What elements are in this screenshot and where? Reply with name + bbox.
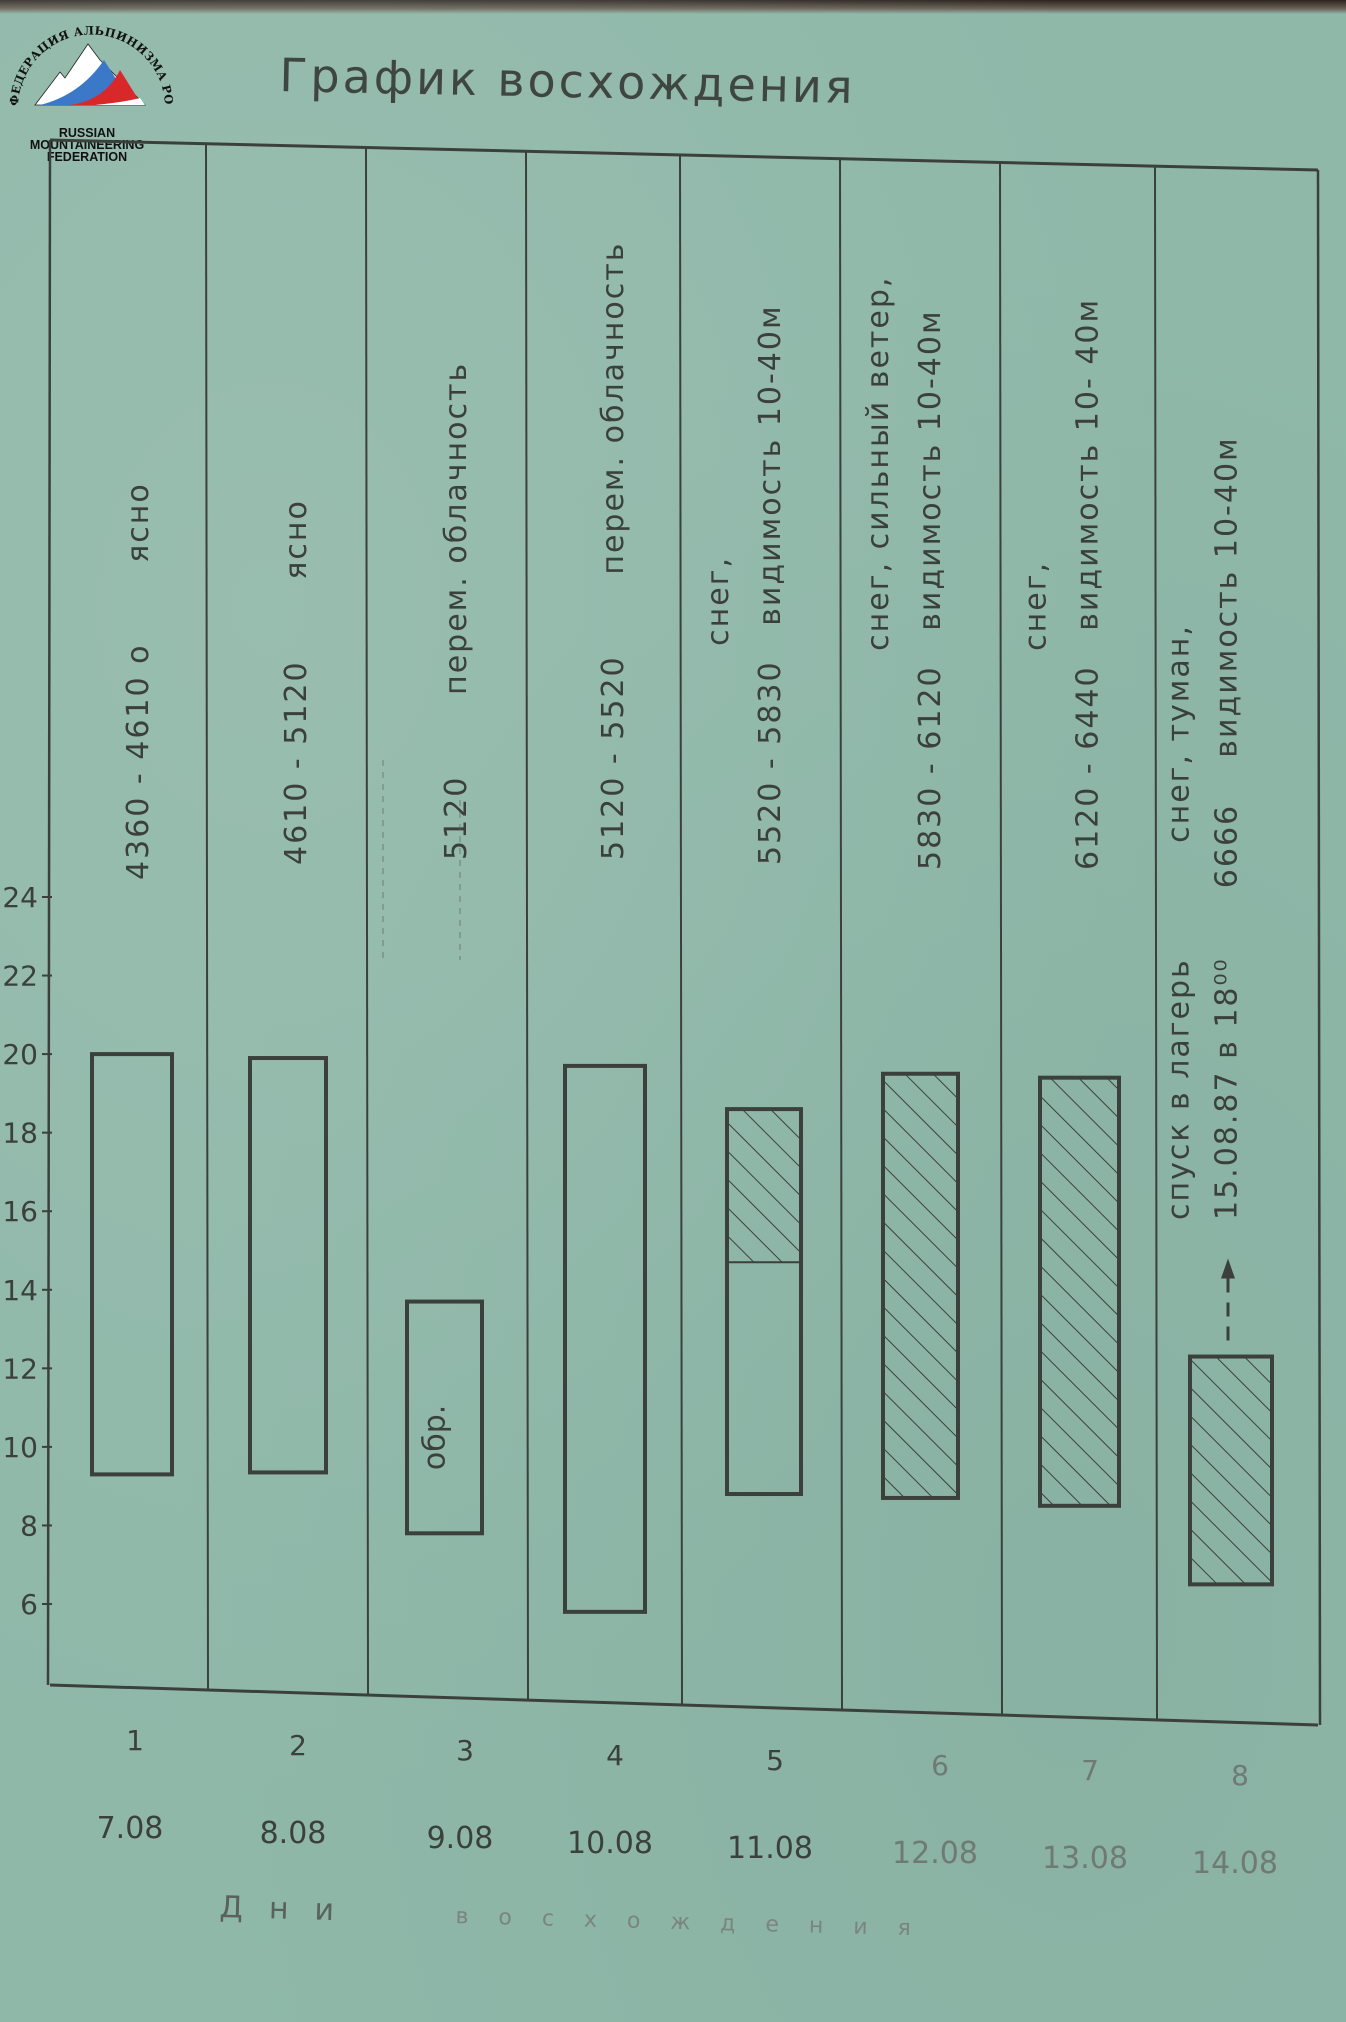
bar-day-8 [1190,1259,1272,1585]
column-divider [206,144,208,1690]
x-tick-date: 9.08 [427,1821,494,1856]
column-note-text: 5520 - 5830 видимость 10-40м [753,304,788,865]
x-tick-day: 6 [931,1749,949,1782]
x-tick-day: 2 [289,1729,307,1762]
y-tick-label: 10 [2,1431,38,1464]
column-note-text: спуск в лагерь снег, туман, [1162,624,1197,1220]
x-tick-day: 8 [1231,1759,1249,1792]
bar-day-3: обр. [407,1302,482,1534]
column-note-2: 4610 - 5120 ясно [279,499,314,865]
bar-day-1 [92,1054,172,1474]
column-note-7: снег,6120 - 6440 видимость 10- 40м [1019,298,1106,870]
y-tick-label: 8 [20,1509,38,1542]
column-note-6: снег, сильный ветер,5830 - 6120 видимост… [861,276,948,870]
column-note-text: снег, [1019,561,1054,870]
bar-label: обр. [418,1405,453,1470]
column-note-text: 5120 перем. облачность [439,362,474,860]
column-note-text: снег, [701,556,736,865]
column-note-text: снег, сильный ветер, [861,276,896,870]
column-divider [526,151,528,1700]
y-tick-label: 18 [2,1117,38,1150]
column-note-text: 15.08.87 в 18⁰⁰ 6666 видимость 10-40м [1210,436,1245,1220]
y-tick-label: 12 [2,1352,38,1385]
column-divider [1155,166,1157,1720]
y-axis: 681012141618202224 [2,881,52,1621]
x-tick-day: 5 [766,1744,784,1777]
column-divider [680,155,682,1705]
bar-day-7 [1040,1078,1119,1506]
x-tick-date: 7.08 [97,1811,164,1846]
y-tick-label: 16 [2,1195,38,1228]
x-tick-date: 10.08 [567,1826,653,1861]
x-tick-day: 3 [456,1734,474,1767]
x-tick-date: 8.08 [260,1816,327,1851]
x-tick-day: 4 [606,1739,624,1772]
column-note-text: 5120 - 5520 перем. облачность [596,242,631,860]
x-axis-label-word1: Дни [219,1890,360,1929]
column-note-4: 5120 - 5520 перем. облачность [596,242,631,860]
column-divider [1000,162,1002,1714]
y-tick-label: 24 [2,881,38,914]
column-note-text: 6120 - 6440 видимость 10- 40м [1071,298,1106,870]
y-tick-label: 22 [2,960,38,993]
x-tick-date: 12.08 [892,1836,978,1871]
x-tick-date: 13.08 [1042,1841,1128,1876]
x-tick-day: 7 [1081,1754,1099,1787]
bar-day-4 [565,1066,645,1612]
y-tick-label: 20 [2,1038,38,1071]
column-note-3: 5120 перем. облачность [439,362,474,860]
y-tick-label: 6 [20,1588,38,1621]
column-note-8: спуск в лагерь снег, туман,15.08.87 в 18… [1162,436,1245,1220]
x-tick-date: 11.08 [727,1831,813,1866]
chart-grid [48,140,1320,1725]
column-divider [1318,170,1320,1725]
x-axis: 17.0828.0839.08410.08511.08612.08713.088… [97,1724,1278,1881]
bar-day-6 [883,1074,958,1498]
x-tick-date: 14.08 [1192,1846,1278,1881]
column-note-text: 5830 - 6120 видимость 10-40м [913,309,948,870]
column-note-5: снег,5520 - 5830 видимость 10-40м [701,304,788,865]
column-note-text: 4610 - 5120 ясно [279,499,314,865]
x-tick-day: 1 [126,1724,144,1757]
ascent-schedule-chart: 681012141618202224обр.4360 - 4610 о ясно… [0,0,1346,2022]
column-note-1: 4360 - 4610 о ясно [121,482,156,880]
column-divider [366,147,368,1694]
column-divider [840,159,842,1710]
column-divider [48,140,50,1685]
bar-day-2 [250,1058,326,1472]
bar-day-5 [727,1109,801,1494]
y-tick-label: 14 [2,1274,38,1307]
column-note-text: 4360 - 4610 о ясно [121,482,156,880]
